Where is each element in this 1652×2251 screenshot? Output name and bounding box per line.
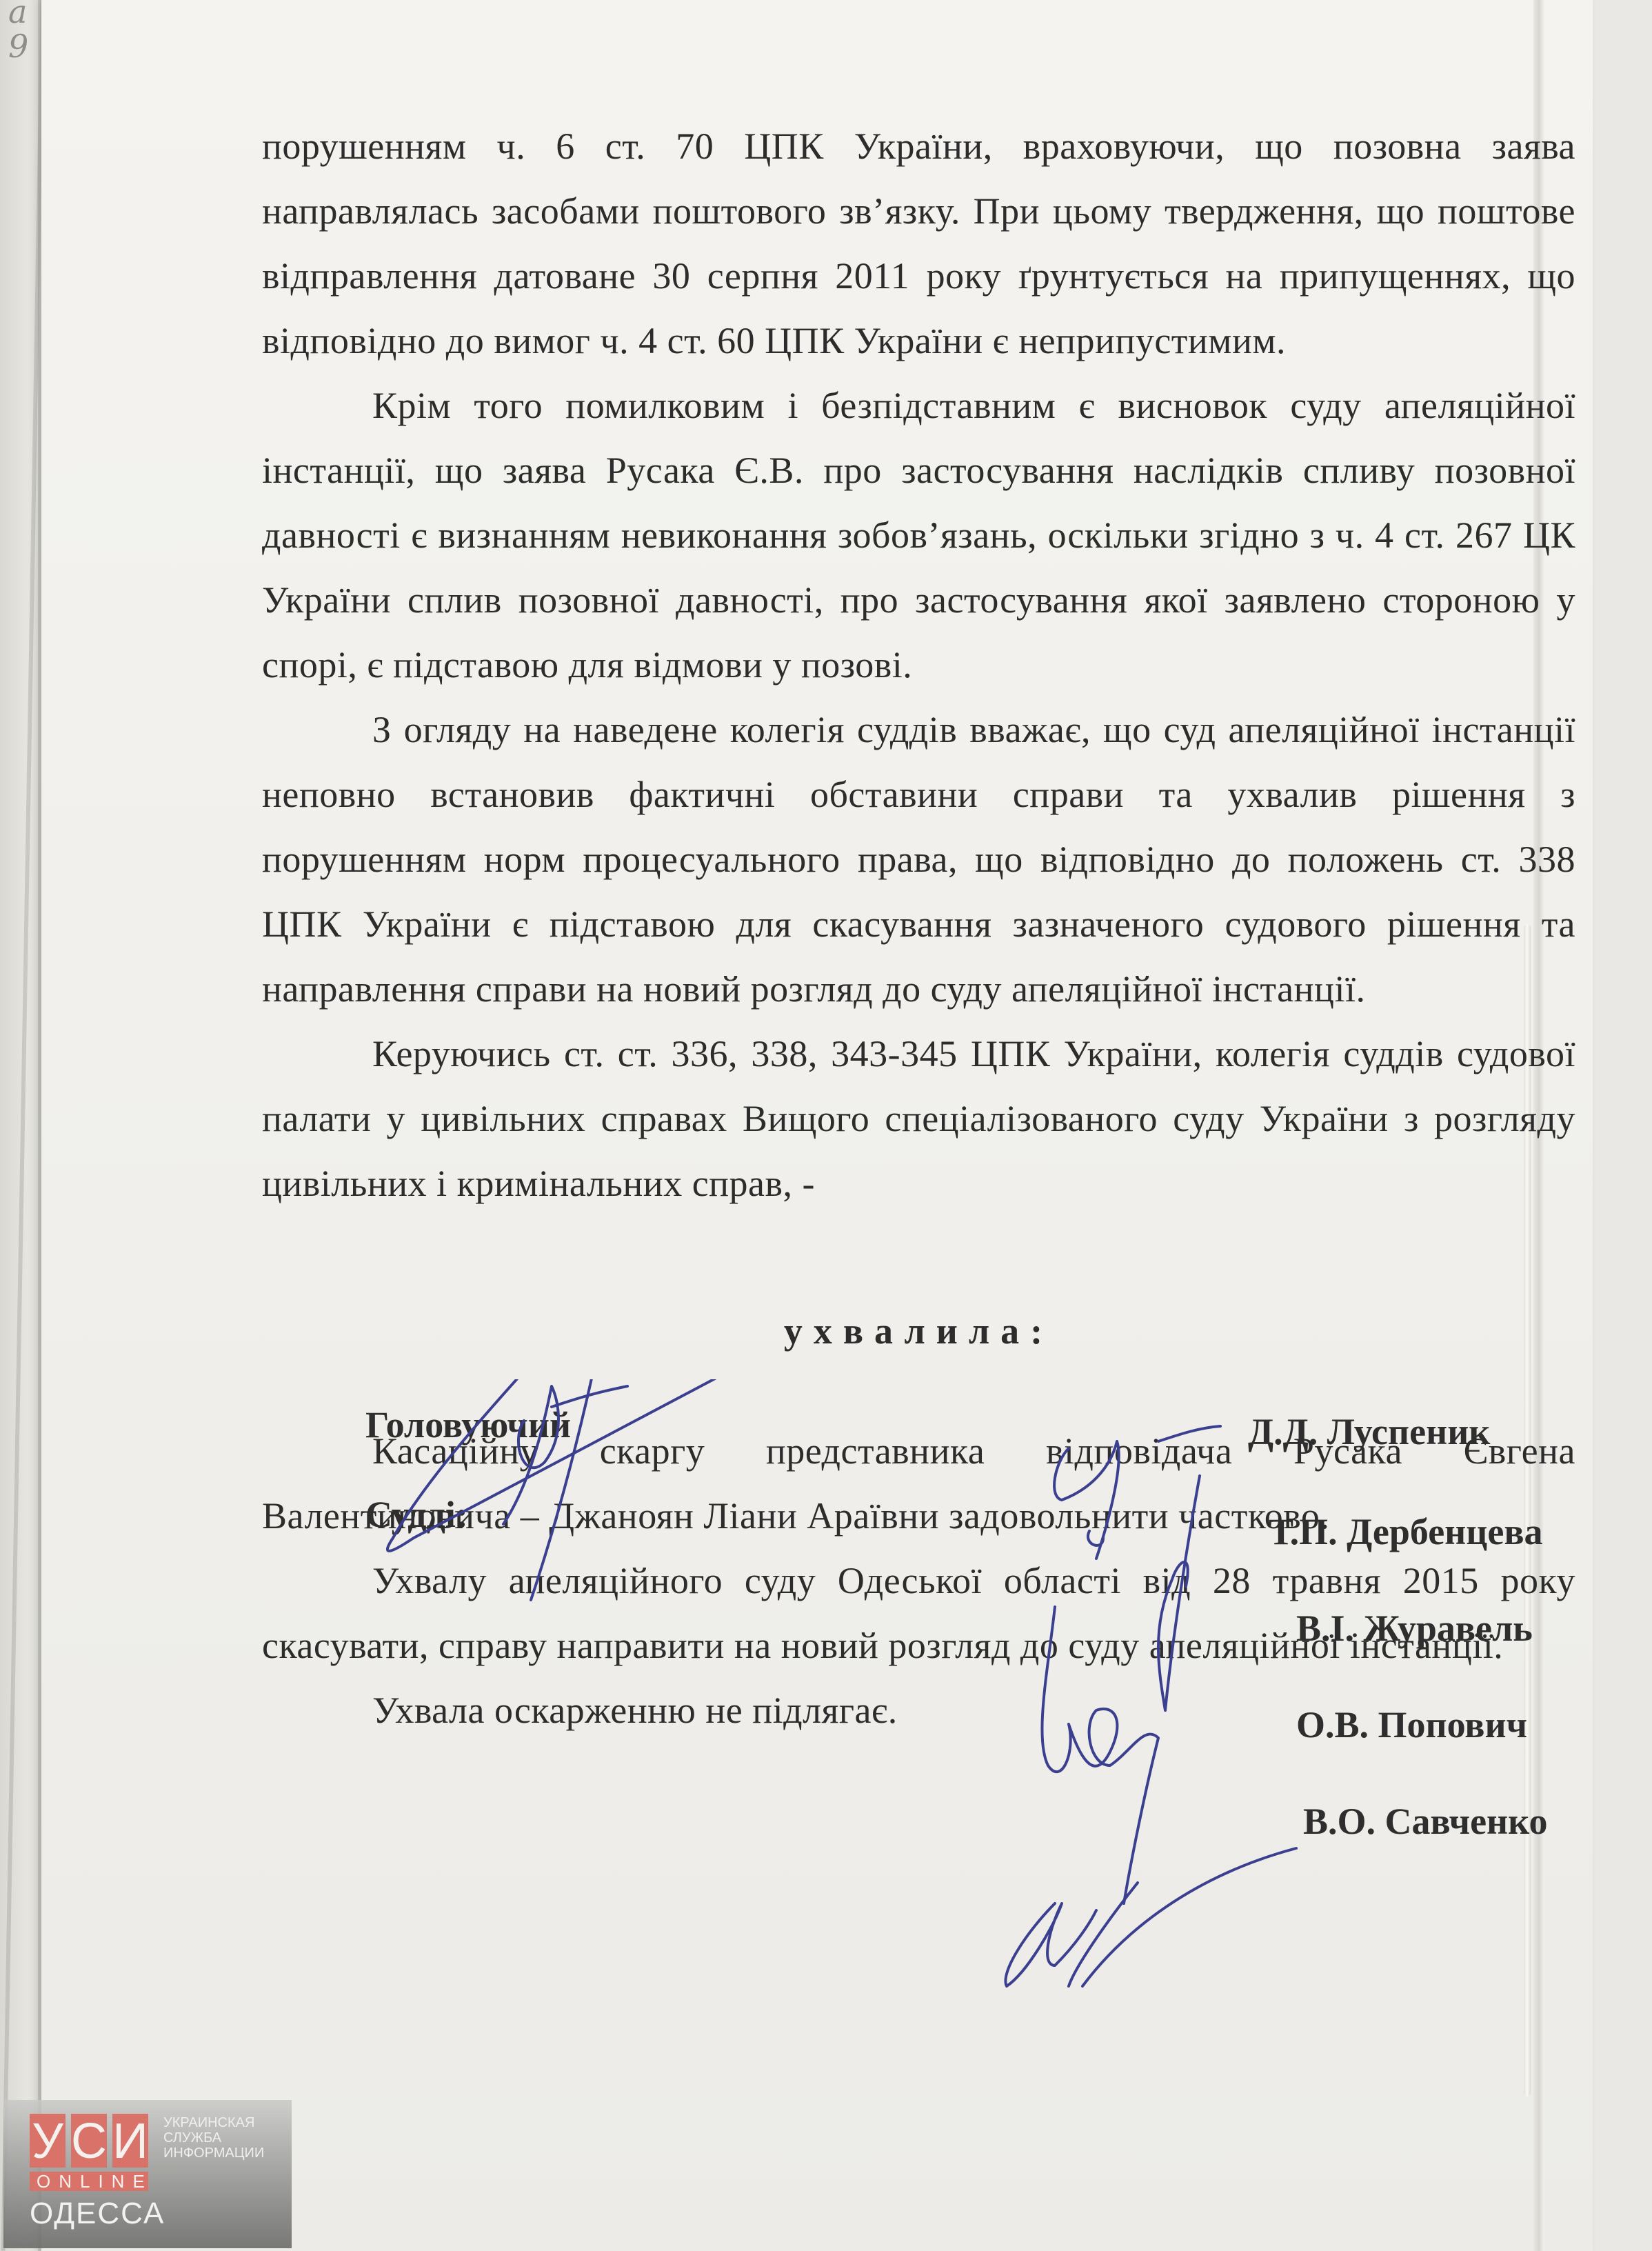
- paragraph: Керуючись ст. ст. 336, 338, 343-345 ЦПК …: [262, 1021, 1575, 1216]
- logo-letter: У: [30, 2114, 66, 2168]
- paragraph: Крім того помилковим і безпідставним є в…: [262, 373, 1575, 697]
- signature-block: Головуючий Судді: Д.Д. Луспеник Т.П. Дер…: [365, 1379, 1606, 1903]
- logo-tagline-line: ИНФОРМАЦИИ: [163, 2145, 264, 2161]
- watermark-logo: У С И ONLINE УКРАИНСКАЯ СЛУЖБА ИНФОРМАЦИ…: [3, 2100, 292, 2248]
- margin-handwritten-mark: 9: [8, 28, 28, 65]
- paragraph: порушенням ч. 6 ст. 70 ЦПК України, врах…: [262, 114, 1575, 373]
- logo-city: ОДЕССА: [30, 2197, 165, 2231]
- logo-tagline-line: УКРАИНСКАЯ: [163, 2115, 264, 2130]
- logo-online-label: ONLINE: [30, 2172, 148, 2191]
- paragraph: З огляду на наведене колегія суддів вваж…: [262, 697, 1575, 1021]
- logo-tagline: УКРАИНСКАЯ СЛУЖБА ИНФОРМАЦИИ: [163, 2115, 264, 2161]
- logo-tagline-line: СЛУЖБА: [163, 2130, 264, 2145]
- logo-letter: С: [71, 2114, 107, 2168]
- margin-handwritten-mark: a: [8, 0, 27, 30]
- decision-heading: ухвалила:: [262, 1299, 1575, 1363]
- handwritten-signatures-icon: [365, 1379, 1606, 2000]
- logo-letter: И: [112, 2114, 148, 2168]
